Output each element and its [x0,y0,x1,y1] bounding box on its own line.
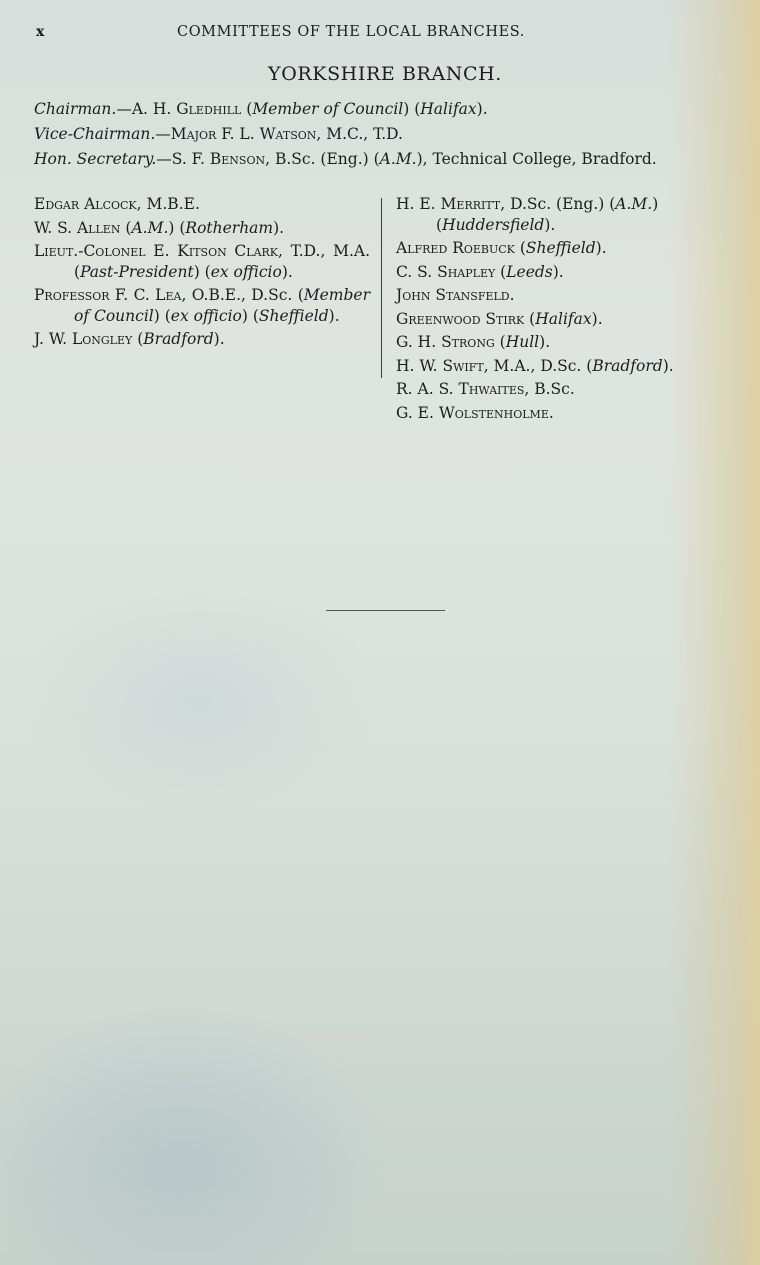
member-entry: W. S. Allen (A.M.) (Rotherham). [34,218,370,239]
officer-role: Chairman. [34,100,116,118]
member-entry: H. W. Swift, M.A., D.Sc. (Bradford). [396,356,726,377]
member-entry: Lieut.-Colonel E. Kitson Clark, T.D., M.… [34,241,370,282]
member-entry: Professor F. C. Lea, O.B.E., D.Sc. (Memb… [34,285,370,326]
officer-name: Watson [260,125,317,143]
book-page: x COMMITTEES OF THE LOCAL BRANCHES. YORK… [0,0,760,1265]
column-divider [381,198,382,378]
member-entry: H. E. Merritt, D.Sc. (Eng.) (A.M.) (Hudd… [396,194,726,235]
officers-list: Chairman.—A. H. Gledhill (Member of Coun… [34,98,724,173]
officer-name: Benson [210,150,265,168]
section-end-rule [326,610,445,611]
member-entry: C. S. Shapley (Leeds). [396,262,726,283]
member-entry: Greenwood Stirk (Halifax). [396,309,726,330]
members-column-right: H. E. Merritt, D.Sc. (Eng.) (A.M.) (Hudd… [396,194,726,426]
running-head-title: COMMITTEES OF THE LOCAL BRANCHES. [177,24,525,40]
member-entry: Alfred Roebuck (Sheffield). [396,238,726,259]
running-head: x COMMITTEES OF THE LOCAL BRANCHES. [36,24,724,44]
officer-vice-chairman: Vice-Chairman.—Major F. L. Watson, M.C.,… [34,123,724,145]
officer-hon-secretary: Hon. Secretary.—S. F. Benson, B.Sc. (Eng… [34,148,724,170]
officer-role: Hon. Secretary. [34,150,156,168]
officer-name: Gledhill [176,100,241,118]
members-column-left: Edgar Alcock, M.B.E. W. S. Allen (A.M.) … [34,194,370,353]
member-entry: R. A. S. Thwaites, B.Sc. [396,379,726,400]
officer-role: Vice-Chairman. [34,125,155,143]
branch-title: YORKSHIRE BRANCH. [0,63,760,85]
member-entry: G. E. Wolstenholme. [396,403,726,424]
member-entry: J. W. Longley (Bradford). [34,329,370,350]
officer-chairman: Chairman.—A. H. Gledhill (Member of Coun… [34,98,724,120]
member-entry: G. H. Strong (Hull). [396,332,726,353]
member-entry: Edgar Alcock, M.B.E. [34,194,370,215]
member-entry: John Stansfeld. [396,285,726,306]
page-number: x [36,24,45,40]
